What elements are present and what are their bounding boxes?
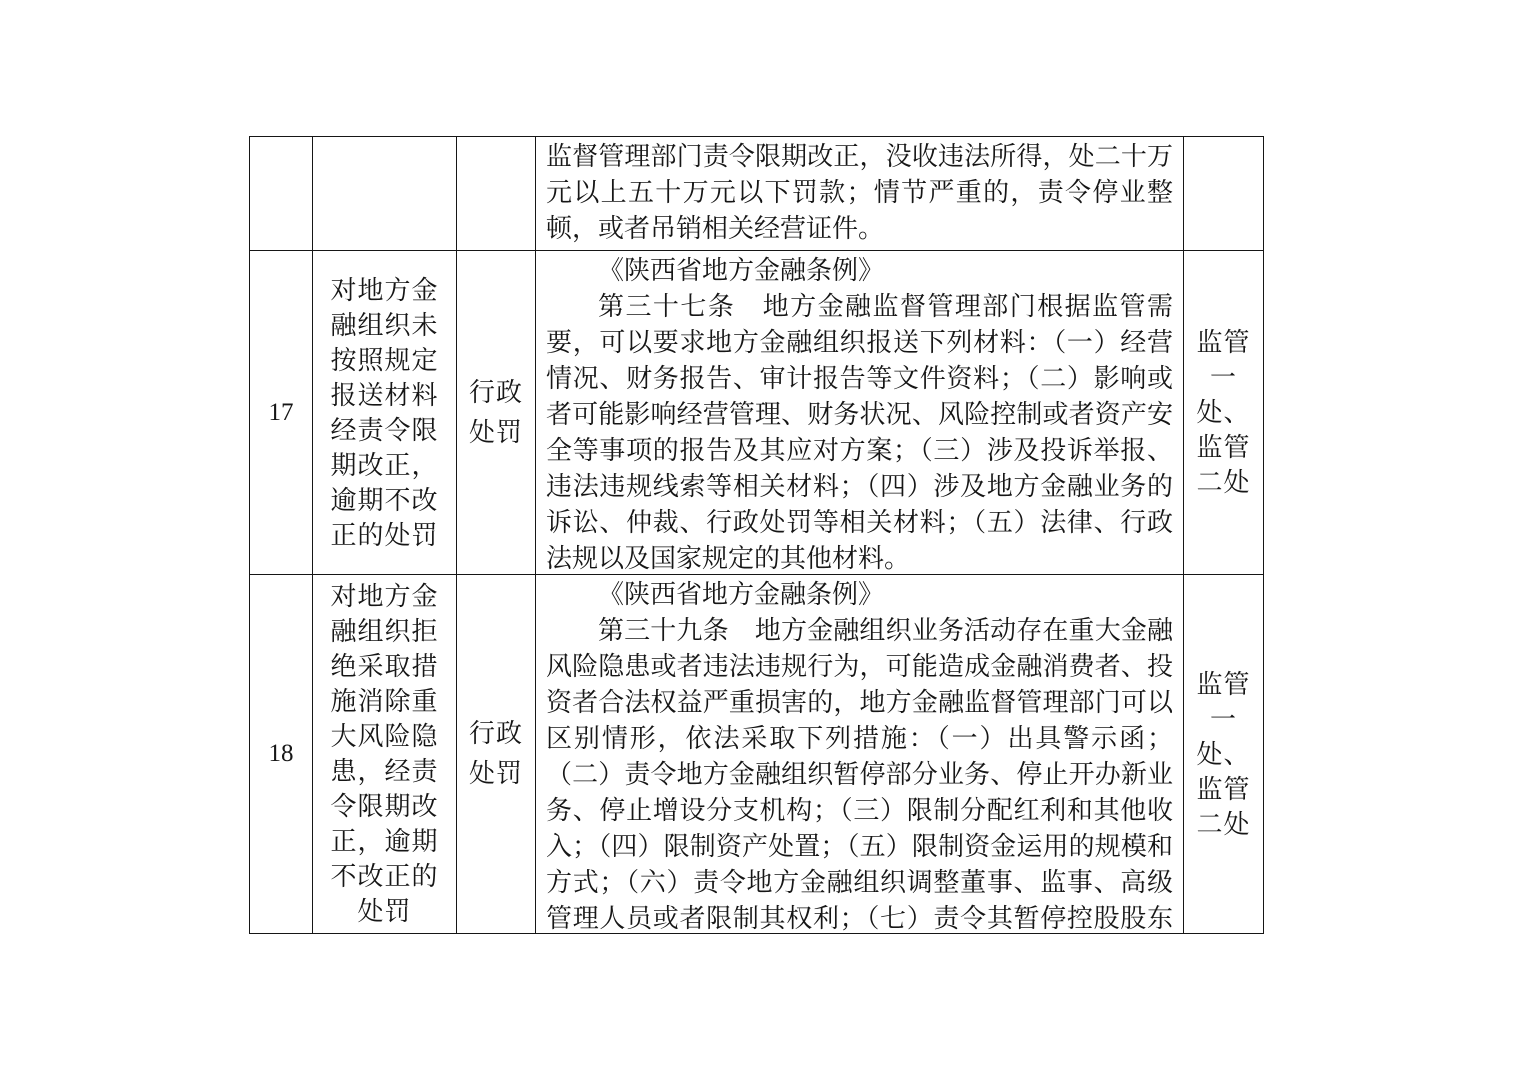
penalty-type-cell	[457, 137, 536, 251]
legal-basis-cell: 监督管理部门责令限期改正，没收违法所得，处二十万元以上五十万元以下罚款；情节严重…	[536, 137, 1184, 251]
legal-basis-body: 第三十九条 地方金融组织业务活动存在重大金融风险隐患或者违法违规行为，可能造成金…	[546, 613, 1173, 932]
legal-basis-title: 《陕西省地方金融条例》	[546, 253, 1173, 289]
legal-basis-title: 《陕西省地方金融条例》	[546, 577, 1173, 613]
department-cell: 监管一处、监管二处	[1184, 251, 1264, 575]
legal-basis-text-block: 监督管理部门责令限期改正，没收违法所得，处二十万元以上五十万元以下罚款；情节严重…	[536, 137, 1183, 249]
legal-basis-continuation-text: 监督管理部门责令限期改正，没收违法所得，处二十万元以上五十万元以下罚款；情节严重…	[546, 139, 1173, 247]
row-number-cell	[250, 137, 313, 251]
department-cell: 监管一处、监管二处	[1184, 575, 1264, 934]
table-row: 监督管理部门责令限期改正，没收违法所得，处二十万元以上五十万元以下罚款；情节严重…	[250, 137, 1264, 251]
row-number-cell: 17	[250, 251, 313, 575]
legal-basis-cell: 《陕西省地方金融条例》 第三十七条 地方金融监督管理部门根据监管需要，可以要求地…	[536, 251, 1184, 575]
penalty-type-cell: 行政处罚	[457, 251, 536, 575]
item-name-cell: 对地方金融组织未按照规定报送材料经责令限期改正，逾期不改正的处罚	[313, 251, 457, 575]
row-number-cell: 18	[250, 575, 313, 934]
penalty-items-table: 监督管理部门责令限期改正，没收违法所得，处二十万元以上五十万元以下罚款；情节严重…	[249, 136, 1264, 934]
legal-basis-body: 第三十七条 地方金融监督管理部门根据监管需要，可以要求地方金融组织报送下列材料：…	[546, 289, 1173, 573]
penalty-type-cell: 行政处罚	[457, 575, 536, 934]
legal-basis-text-block: 《陕西省地方金融条例》 第三十九条 地方金融组织业务活动存在重大金融风险隐患或者…	[536, 575, 1183, 932]
legal-basis-cell: 《陕西省地方金融条例》 第三十九条 地方金融组织业务活动存在重大金融风险隐患或者…	[536, 575, 1184, 934]
item-name-cell	[313, 137, 457, 251]
department-cell	[1184, 137, 1264, 251]
table-row: 17 对地方金融组织未按照规定报送材料经责令限期改正，逾期不改正的处罚 行政处罚…	[250, 251, 1264, 575]
table-row: 18 对地方金融组织拒绝采取措施消除重大风险隐患，经责令限期改正，逾期不改正的处…	[250, 575, 1264, 934]
legal-basis-text-block: 《陕西省地方金融条例》 第三十七条 地方金融监督管理部门根据监管需要，可以要求地…	[536, 251, 1183, 573]
item-name-cell: 对地方金融组织拒绝采取措施消除重大风险隐患，经责令限期改正，逾期不改正的处罚	[313, 575, 457, 934]
